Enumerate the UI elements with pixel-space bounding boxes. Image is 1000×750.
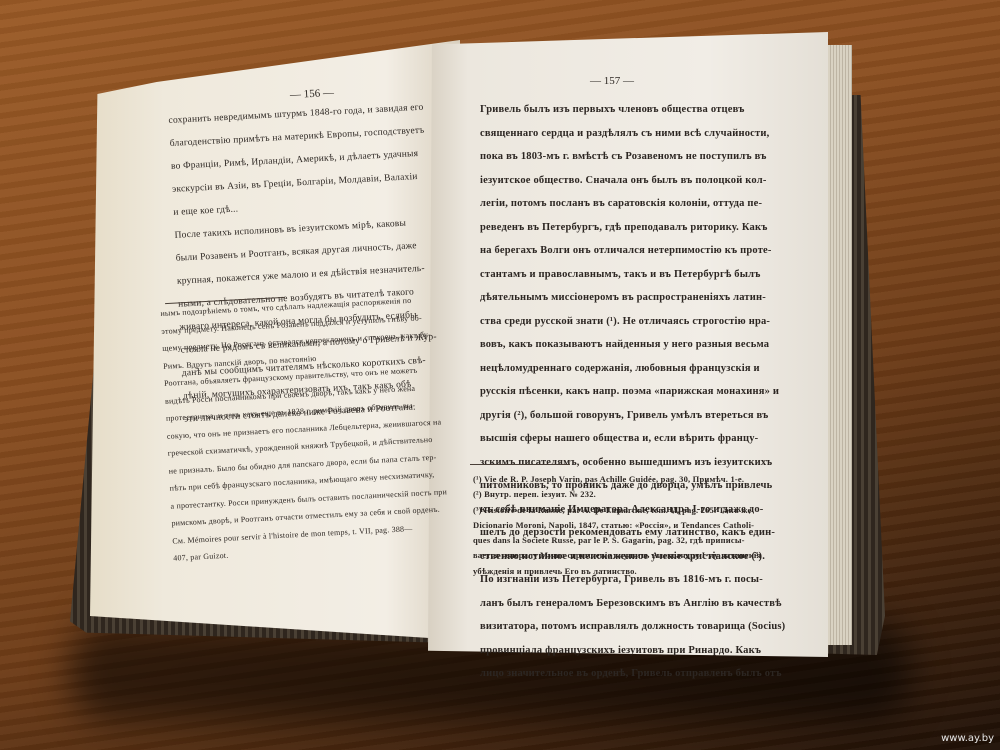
text-line: провинціала французскихъ іезуитовъ при Р… bbox=[480, 639, 785, 663]
text-line: (²) Внутр. переп. іезуит. № 232. bbox=[473, 487, 761, 502]
text-line: Dicionario Moroni, Napoli, 1847, статью:… bbox=[473, 518, 761, 533]
text-line: Гривель былъ изъ первыхъ членовъ обществ… bbox=[480, 98, 785, 122]
text-line: нецѣломудреннаго содержанія, любовныя фр… bbox=[480, 357, 785, 381]
text-line: пока въ 1803-мъ г. вмѣстѣ съ Розавеномъ … bbox=[480, 145, 785, 169]
text-line: ques dans la Societe Russe, par le P. S.… bbox=[473, 533, 761, 548]
text-line: лицо значительное въ орденѣ, Гривель отп… bbox=[480, 662, 785, 686]
text-line: другія (²), большой говорунъ, Гривель ум… bbox=[480, 404, 785, 428]
text-line: реведенъ въ Петербургъ, гдѣ преподавалъ … bbox=[480, 216, 785, 240]
text-line: вовъ, какъ показываютъ найденныя у него … bbox=[480, 333, 785, 357]
watermark: www.ay.by bbox=[941, 733, 994, 744]
left-page-footnotes: нымъ подозрѣніемъ о томъ, что сдѣлалъ на… bbox=[160, 291, 450, 568]
text-line: стантамъ и православнымъ, такъ и въ Пете… bbox=[480, 263, 785, 287]
text-line: русскія пѣсенки, какъ напр. поэма «париж… bbox=[480, 380, 785, 404]
text-line: (¹) Vie de R. P. Joseph Varin, pas Achil… bbox=[473, 472, 761, 487]
text-line: іезуитское общество. Сначала онъ былъ въ… bbox=[480, 169, 785, 193]
text-line: вается генералу Мишо стремленіе внушить … bbox=[473, 548, 761, 563]
text-line: убѣжденія и привлечь Его въ латинство. bbox=[473, 564, 761, 579]
right-page-number: — 157 — bbox=[590, 75, 634, 87]
text-line: визитатора, потомъ исправлялъ должность … bbox=[480, 615, 785, 639]
left-page-number: — 156 — bbox=[290, 87, 335, 101]
right-footnote-rule bbox=[470, 464, 570, 465]
right-page-footnotes: (¹) Vie de R. P. Joseph Varin, pas Achil… bbox=[473, 472, 761, 579]
text-line: высшія сферы нашего общества и, если вѣр… bbox=[480, 427, 785, 451]
text-line: легіи, потомъ посланъ въ саратовскія кол… bbox=[480, 192, 785, 216]
text-line: на берегахъ Волги онъ отличался нетерпим… bbox=[480, 239, 785, 263]
text-line: зскимъ писателямъ, особенно вышедшимъ из… bbox=[480, 451, 785, 475]
text-line: ства среди русской знати (¹). Не отличая… bbox=[480, 310, 785, 334]
right-page-body: Гривель былъ изъ первыхъ членовъ обществ… bbox=[480, 98, 785, 686]
text-line: дѣятельнымъ миссіонеромъ въ распростране… bbox=[480, 286, 785, 310]
text-line: священнаго сердца и раздѣлялъ съ ними вс… bbox=[480, 122, 785, 146]
text-line: (³) Histoire de la Russie, par A. De Lam… bbox=[473, 503, 761, 518]
text-line: ланъ былъ генераломъ Березовскимъ въ Анг… bbox=[480, 592, 785, 616]
